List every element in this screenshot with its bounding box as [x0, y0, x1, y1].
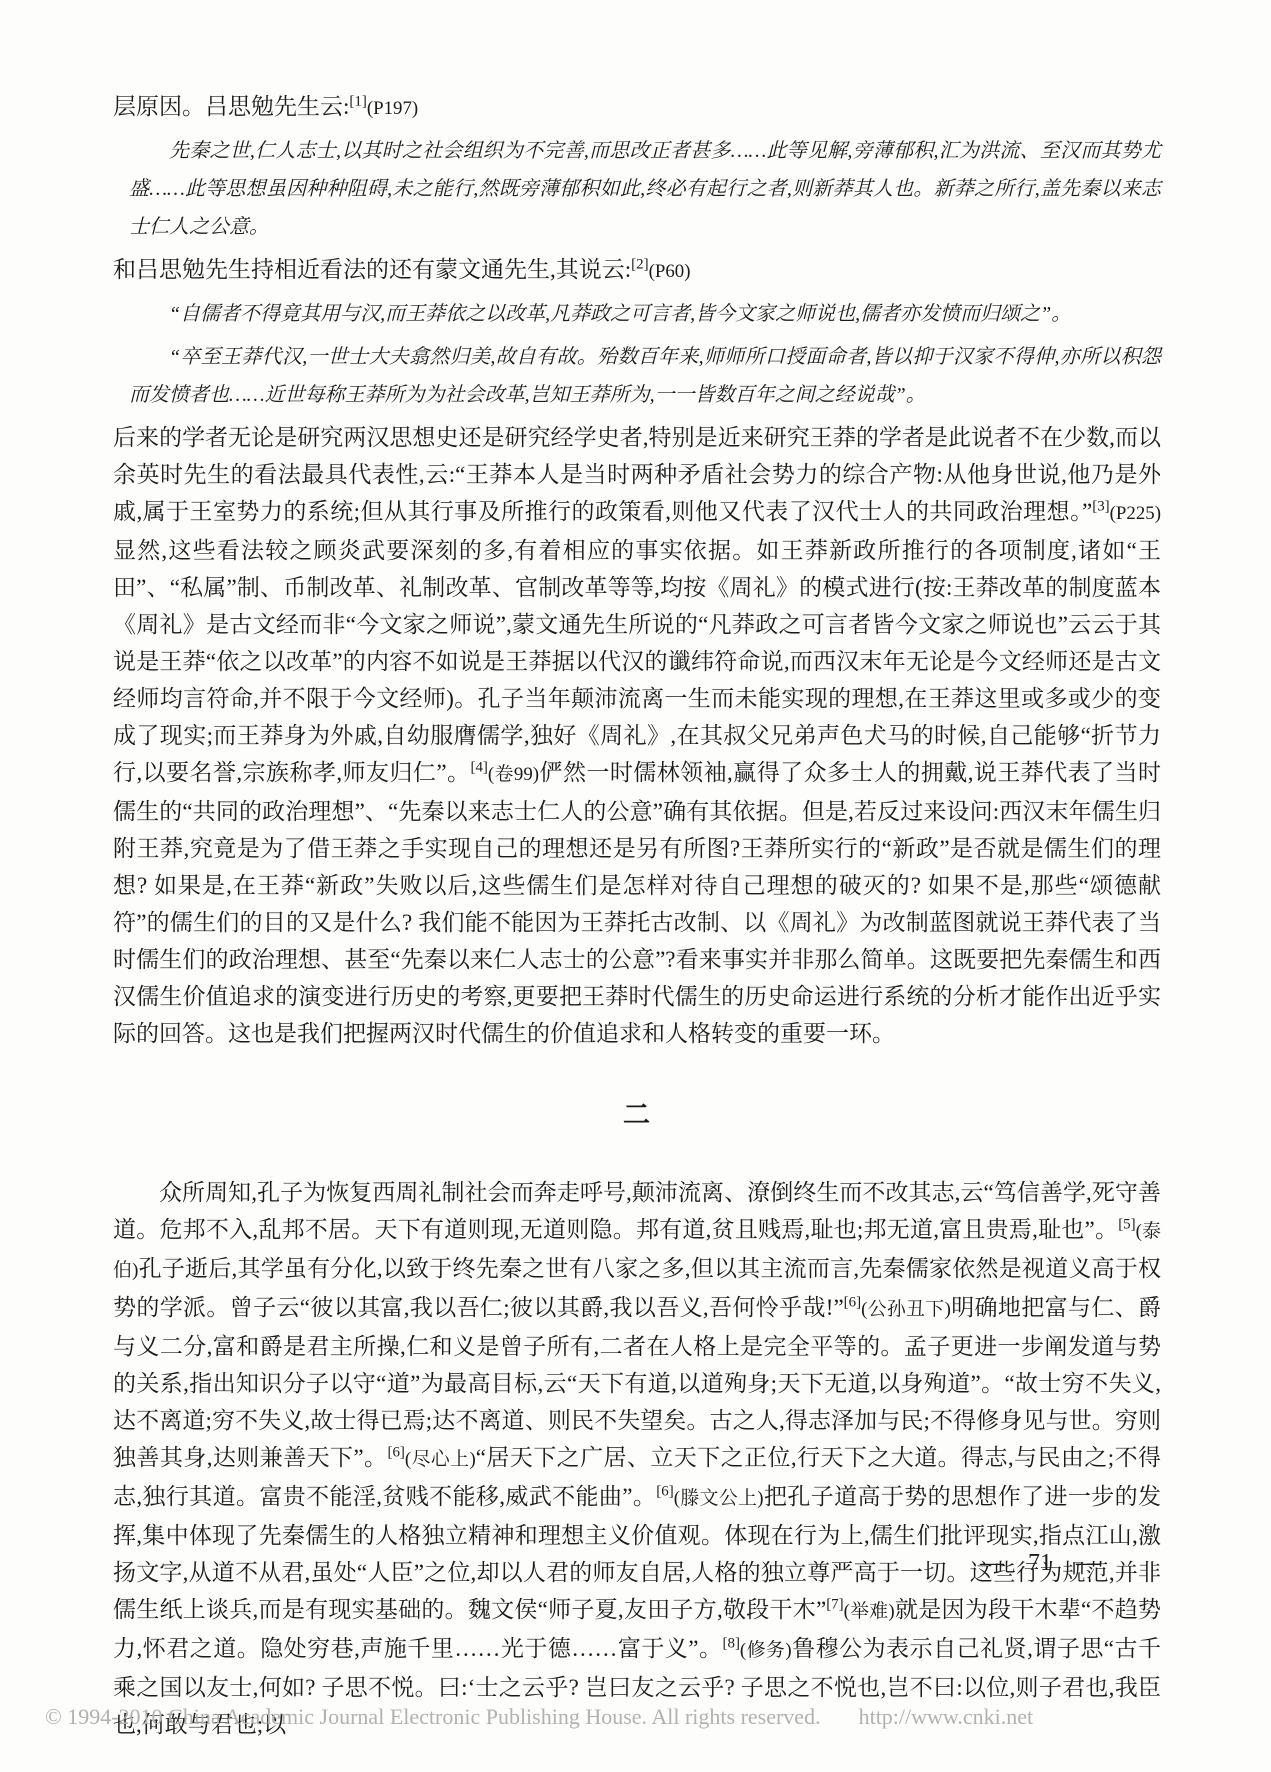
citation-marker: [8]: [723, 1635, 740, 1651]
blockquote-meng-wentong-2: “卒至王莽代汉,一世士大夫翕然归美,故自有故。殆数百年来,师师所口授面命者,皆以…: [129, 338, 1161, 414]
scan-footer: © 1994-2010 China Academic Journal Elect…: [45, 1704, 1033, 1730]
paragraph-meng-wentong-intro: 和吕思勉先生持相近看法的还有蒙文通先生,其说云:[2](P60): [113, 251, 1161, 290]
citation-marker: [4]: [470, 759, 487, 775]
paragraph-section-two: 众所周知,孔子为恢复西周礼制社会而奔走呼号,颠沛流离、潦倒终生而不改其志,云“笃…: [113, 1174, 1161, 1743]
blockquote-meng-wentong-1: “自儒者不得竟其用与汉,而王莽依之以改革,凡莽政之可言者,皆今文家之师说也,儒者…: [129, 295, 1161, 333]
citation-marker: [2]: [631, 256, 648, 272]
citation-note: (举难): [844, 1601, 895, 1622]
citation-note: (卷99): [488, 764, 539, 785]
citation-marker: [6]: [844, 1294, 861, 1310]
footer-copyright: © 1994-2010 China Academic Journal Elect…: [45, 1704, 821, 1729]
citation-note: (修务): [740, 1640, 792, 1661]
citation-marker: [6]: [656, 1483, 673, 1499]
citation-marker: [1]: [349, 93, 366, 109]
citation-note: (P225): [1110, 503, 1161, 524]
blockquote-lv-simian: 先秦之世,仁人志士,以其时之社会组织为不完善,而思改正者甚多……此等见解,旁薄郁…: [129, 132, 1161, 246]
paragraph-later-scholars: 后来的学者无论是研究两汉思想史还是研究经学史者,特别是近来研究王莽的学者是此说者…: [113, 419, 1161, 1052]
citation-marker: [5]: [1118, 1216, 1135, 1232]
citation-marker: [6]: [387, 1444, 404, 1460]
citation-marker: [7]: [826, 1596, 843, 1612]
citation-note: (公孙丑下): [861, 1299, 951, 1320]
citation-note: (滕文公上): [674, 1488, 764, 1509]
citation-marker: [3]: [1092, 498, 1109, 514]
paragraph-continuation: 层原因。吕思勉先生云:[1](P197): [113, 88, 1161, 127]
page-number: — 71 —: [980, 1550, 1100, 1577]
citation-note: (P197): [367, 98, 418, 119]
citation-note: (泰伯): [113, 1221, 1161, 1281]
footer-url: http://www.cnki.net: [859, 1704, 1034, 1729]
citation-note: (P60): [649, 261, 691, 282]
section-heading-two: 二: [113, 1098, 1161, 1132]
citation-note: (尽心上): [405, 1449, 476, 1470]
journal-page-text-block: 层原因。吕思勉先生云:[1](P197) 先秦之世,仁人志士,以其时之社会组织为…: [113, 88, 1161, 1743]
